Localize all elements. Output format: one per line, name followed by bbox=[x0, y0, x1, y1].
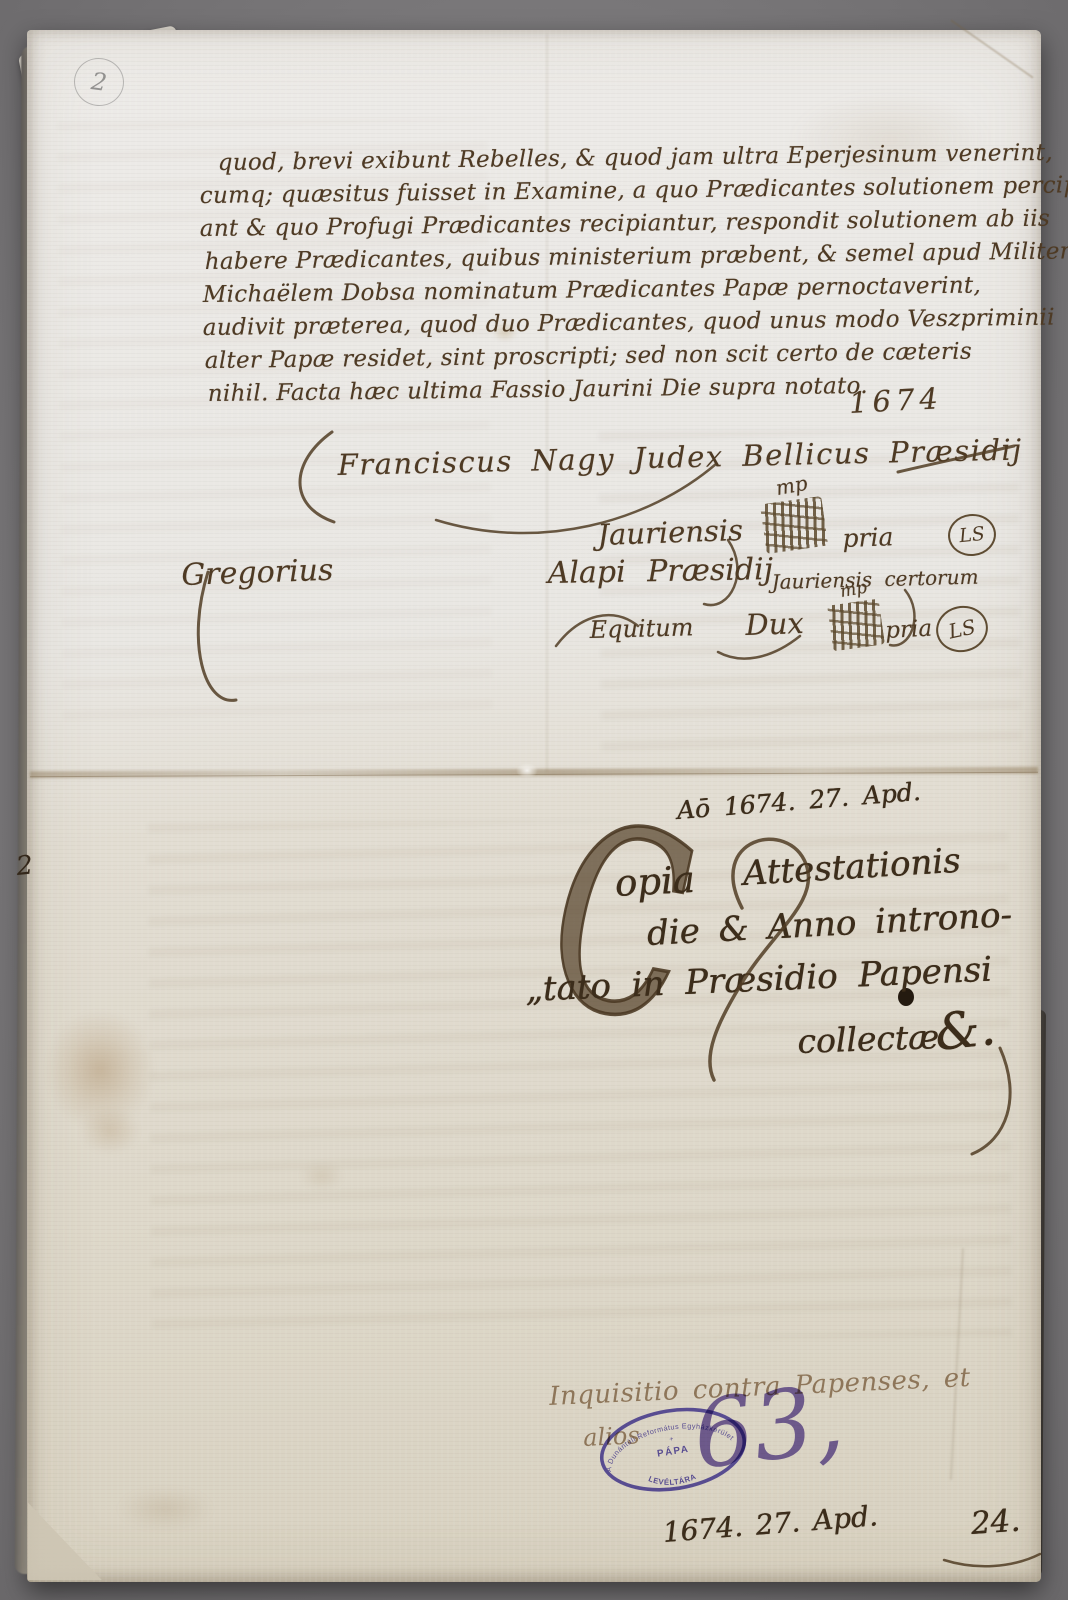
signature-1-mpria: pria bbox=[842, 522, 894, 553]
docket-et-cetera: &. bbox=[932, 998, 998, 1062]
footer-folio-number: 24. bbox=[969, 1503, 1021, 1542]
signature-2-name-line: Alapi Præsidij bbox=[547, 552, 773, 591]
seal-2-text: LS bbox=[946, 614, 977, 643]
manuscript-scan: 2 2 quod, brevi exibunt Rebelles, & quod… bbox=[0, 0, 1068, 1600]
signature-1-place: Jauriensis bbox=[597, 513, 744, 552]
signature-2-equitum: Equitum bbox=[589, 613, 694, 644]
docket-title-rest: opia bbox=[614, 858, 696, 905]
left-margin-ink-mark: 2 bbox=[15, 850, 35, 882]
signature-2-firstname: Gregorius bbox=[181, 553, 334, 593]
signature-2-mpria: pria bbox=[885, 616, 933, 644]
docket-line4: collectæ bbox=[797, 1017, 940, 1061]
pencil-folio-number: 2 bbox=[89, 67, 108, 97]
manu-propria-tally-icon-2 bbox=[827, 599, 885, 652]
stamp-center-text: PÁPA bbox=[656, 1444, 690, 1460]
paper-defect-fold-center bbox=[516, 763, 538, 778]
manu-propria-tally-icon-1 bbox=[760, 496, 828, 554]
archive-number: 63, bbox=[689, 1372, 849, 1484]
signature-2-dux: Dux bbox=[745, 606, 804, 642]
stamp-ornament: + bbox=[669, 1436, 674, 1444]
seal-1-text: LS bbox=[958, 523, 986, 548]
body-year: 1674 bbox=[848, 381, 943, 420]
